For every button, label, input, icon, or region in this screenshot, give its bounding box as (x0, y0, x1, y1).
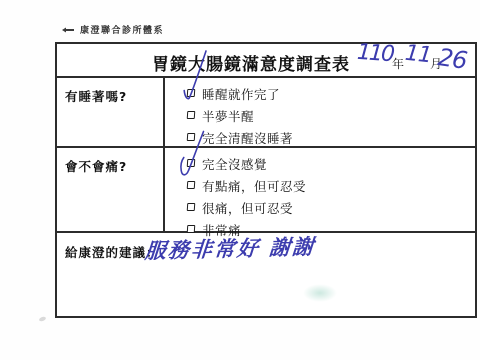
option-row: 很痛，但可忍受 (187, 197, 475, 219)
checkbox-icon (187, 203, 196, 211)
option-label: 完全沒感覺 (202, 155, 267, 173)
question-label: 有睡著嗎? (57, 78, 165, 146)
option-label: 睡醒就作完了 (202, 85, 280, 103)
option-label: 完全清醒沒睡著 (202, 129, 293, 147)
scan-speck (39, 316, 47, 322)
form-title: 胃鏡大腸鏡滿意度調查表 (57, 50, 445, 75)
clinic-logo: 康澄聯合診所體系 (61, 23, 164, 36)
scanned-form-page: 康澄聯合診所體系 胃鏡大腸鏡滿意度調查表 110 年 11 月 26 有睡著嗎?… (0, 0, 480, 360)
option-row: 有點痛，但可忍受 (187, 175, 475, 197)
question-row-sleep: 有睡著嗎? 睡醒就作完了 半夢半醒 完全清醒沒睡著 (57, 78, 475, 148)
option-label: 很痛，但可忍受 (202, 199, 293, 217)
option-row: 完全沒感覺 (187, 153, 475, 175)
month-label: 月 (430, 55, 442, 72)
option-label: 有點痛，但可忍受 (202, 177, 306, 195)
clinic-logo-icon (61, 26, 75, 34)
question-label: 會不會痛? (57, 148, 165, 231)
checkbox-icon (187, 133, 196, 141)
question-options: 睡醒就作完了 半夢半醒 完全清醒沒睡著 (165, 78, 475, 146)
checkbox-icon (187, 225, 196, 233)
option-row: 睡醒就作完了 (187, 83, 475, 105)
suggestion-label: 給康澄的建議： (65, 245, 160, 260)
clinic-logo-text: 康澄聯合診所體系 (80, 23, 164, 36)
option-label: 半夢半醒 (202, 107, 254, 125)
satisfaction-form-table: 胃鏡大腸鏡滿意度調查表 110 年 11 月 26 有睡著嗎? 睡醒就作完了 半… (55, 42, 477, 318)
year-label: 年 (392, 55, 404, 72)
option-row: 半夢半醒 (187, 105, 475, 127)
scan-smudge (303, 284, 337, 302)
option-row: 完全清醒沒睡著 (187, 127, 475, 149)
question-row-pain: 會不會痛? 完全沒感覺 有點痛，但可忍受 很痛，但可忍受 非常痛 (57, 148, 475, 233)
form-title-row: 胃鏡大腸鏡滿意度調查表 110 年 11 月 26 (57, 44, 475, 78)
checkbox-icon (187, 89, 196, 97)
checkbox-icon (187, 159, 196, 167)
checkbox-icon (187, 111, 196, 119)
handwritten-suggestion-text: 服務非常好 謝謝 (144, 231, 317, 266)
suggestion-row: 給康澄的建議： 服務非常好 謝謝 (57, 233, 475, 317)
checkbox-icon (187, 181, 196, 189)
question-options: 完全沒感覺 有點痛，但可忍受 很痛，但可忍受 非常痛 (165, 148, 475, 231)
